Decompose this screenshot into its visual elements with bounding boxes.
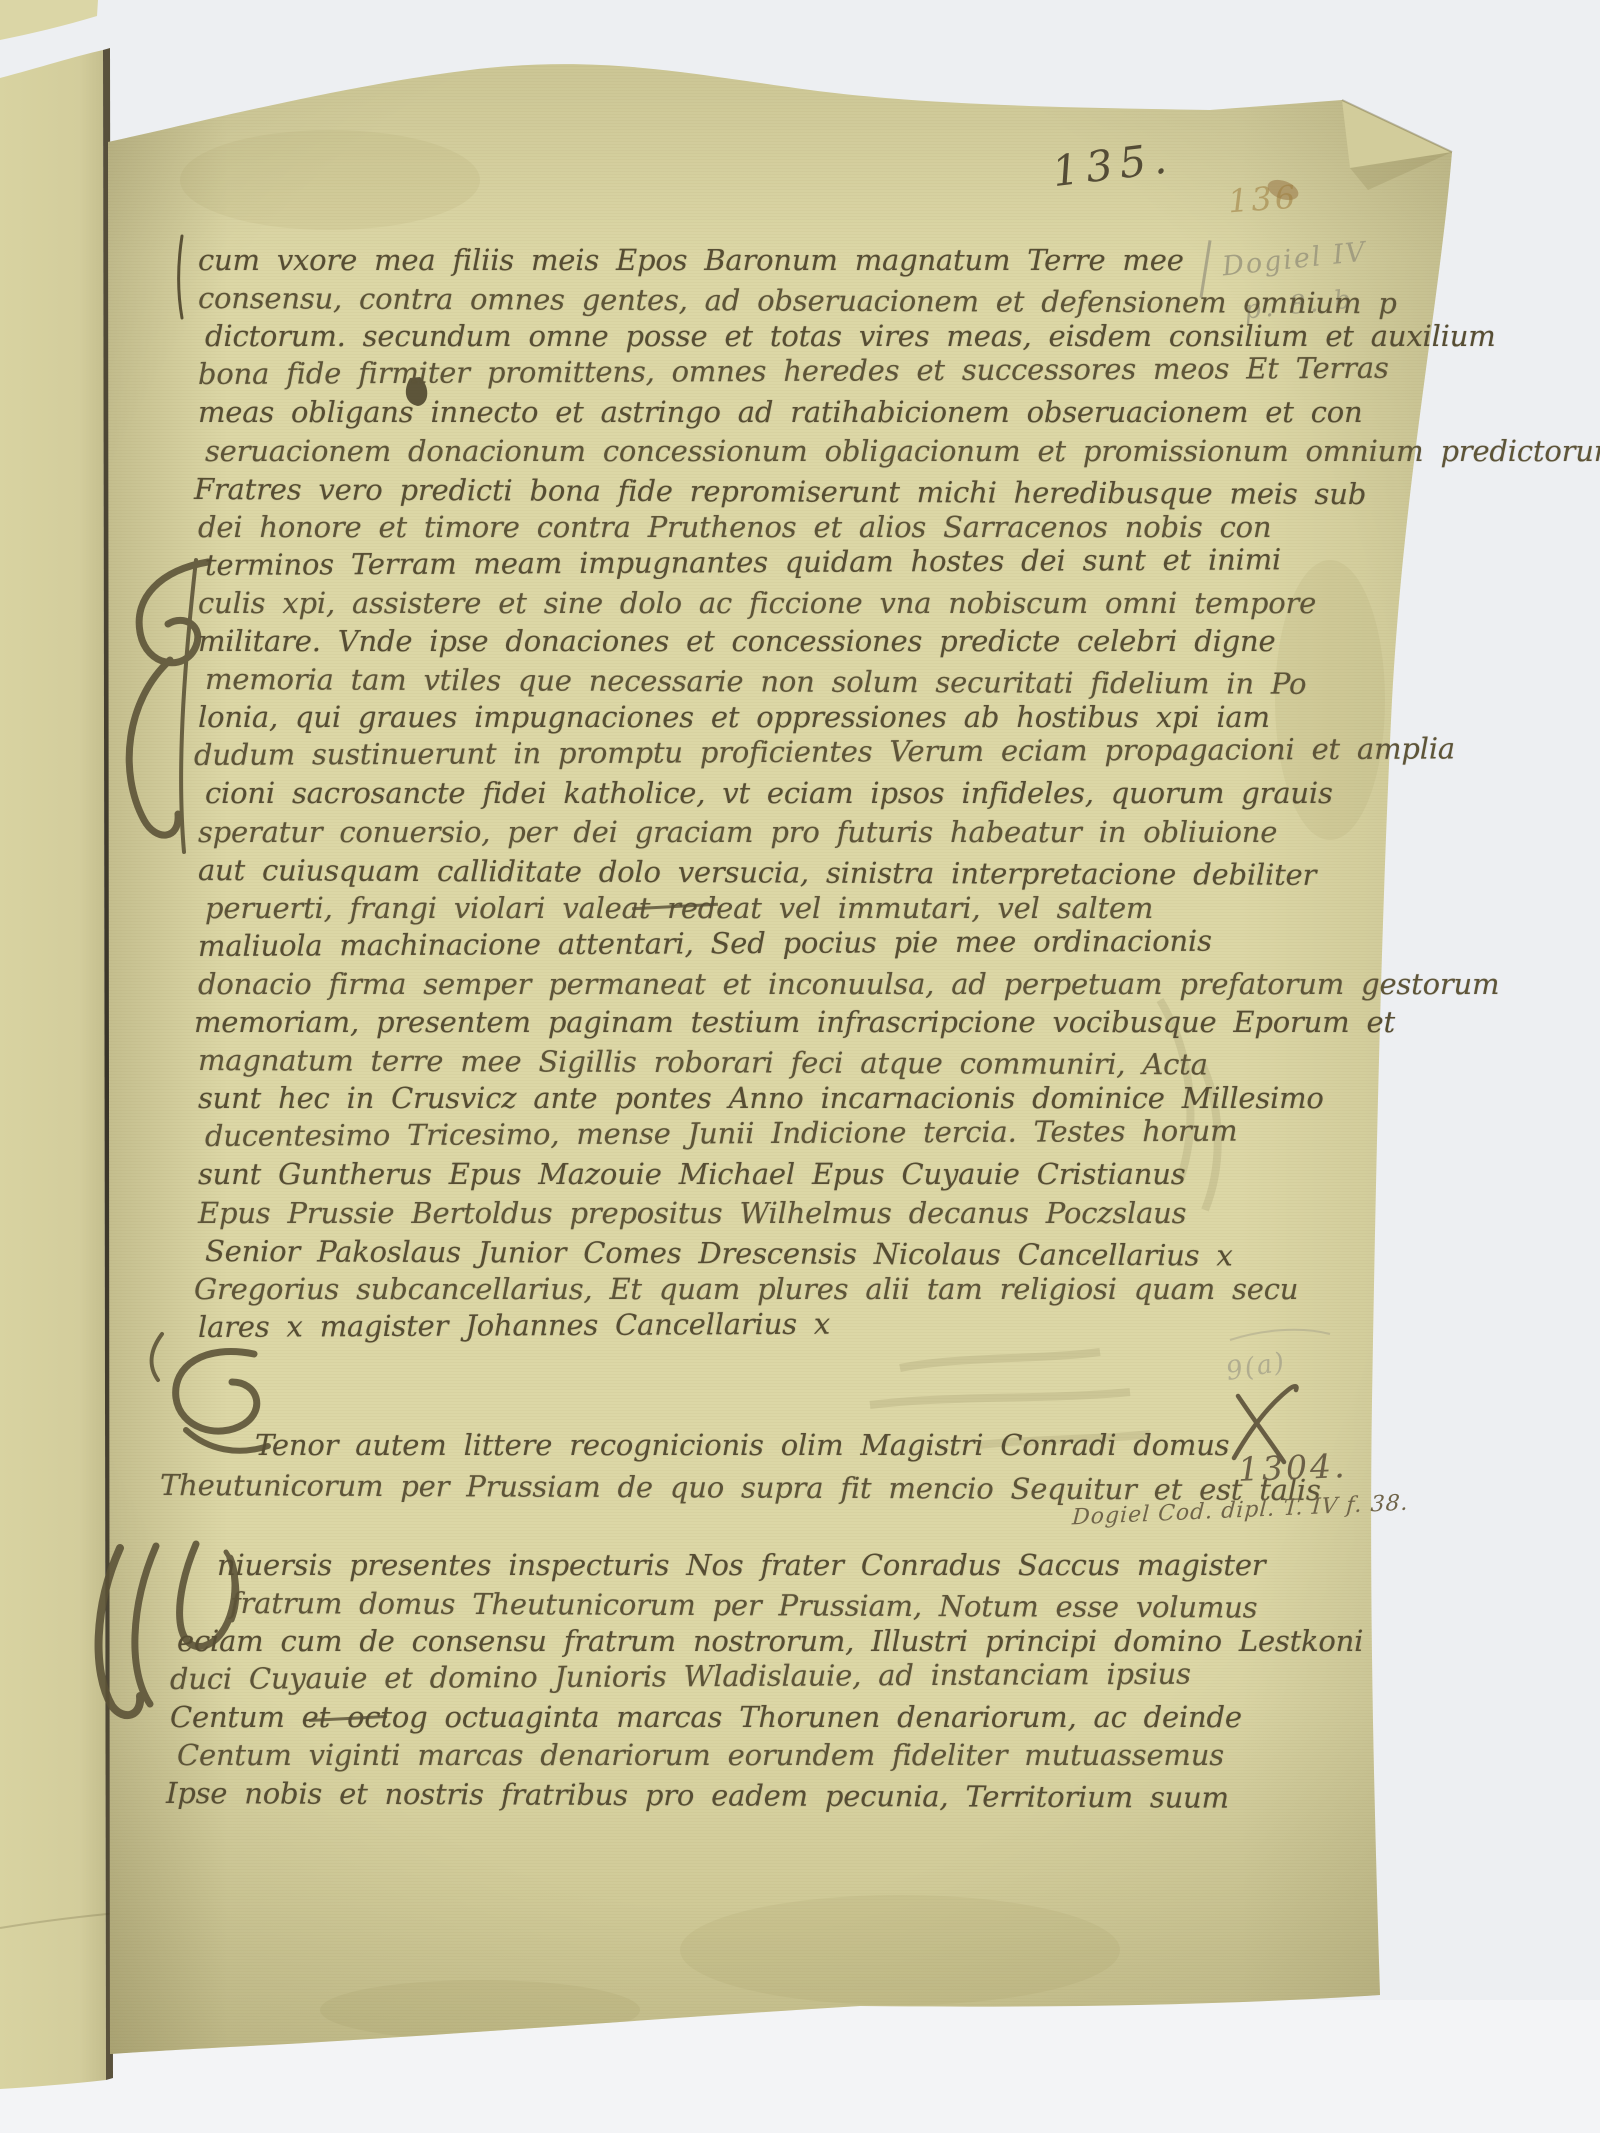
manuscript-line: seruacionem donacionum concessionum obli… <box>205 434 1600 468</box>
manuscript-line: Tenor autem littere recognicionis olim M… <box>255 1428 1229 1462</box>
manuscript-line: terminos Terram meam impugnantes quidam … <box>205 542 1281 582</box>
manuscript-line: dei honore et timore contra Pruthenos et… <box>198 510 1271 544</box>
manuscript-line: fratrum domus Theutunicorum per Prussiam… <box>230 1586 1258 1624</box>
manuscript-line: magnatum terre mee Sigillis roborari fec… <box>198 1043 1208 1081</box>
manuscript-line: cum vxore mea filiis meis Epos Baronum m… <box>198 243 1184 277</box>
manuscript-line: dudum sustinuerunt in promptu proficient… <box>194 732 1455 773</box>
manuscript-line: lonia, qui graues impugnaciones et oppre… <box>198 700 1270 734</box>
manuscript-line: lares x magister Johannes Cancellarius x <box>198 1306 830 1343</box>
manuscript-line: Ipse nobis et nostris fratribus pro eade… <box>166 1776 1229 1815</box>
manuscript-line: memoriam, presentem paginam testium infr… <box>194 1005 1395 1039</box>
manuscript-line: eciam cum de consensu fratrum nostrorum,… <box>177 1624 1363 1658</box>
manuscript-line: speratur conuersio, per dei graciam pro … <box>198 815 1277 849</box>
manuscript-line: dictorum. secundum omne posse et totas v… <box>205 319 1496 353</box>
manuscript-line: meas obligans innecto et astringo ad rat… <box>198 395 1362 429</box>
folio-number-pencil: 136 <box>1227 178 1300 221</box>
manuscript-line: duci Cuyauie et domino Junioris Wladisla… <box>170 1657 1191 1696</box>
manuscript-line: Gregorius subcancellarius, Et quam plure… <box>194 1272 1298 1306</box>
pencil-note-dogiel: Dogiel IV <box>1221 236 1369 282</box>
manuscript-line: militare. Vnde ipse donaciones et conces… <box>198 624 1275 658</box>
manuscript-line: aut cuiusquam calliditate dolo versucia,… <box>198 853 1316 892</box>
manuscript-line: bona fide firmiter promittens, omnes her… <box>198 351 1389 391</box>
manuscript-line: niuersis presentes inspecturis Nos frate… <box>217 1548 1265 1582</box>
manuscript-line: Senior Pakoslaus Junior Comes Drescensis… <box>205 1234 1233 1272</box>
manuscript-line: Epus Prussie Bertoldus prepositus Wilhel… <box>198 1196 1186 1230</box>
manuscript-line: maliuola machinacione attentari, Sed poc… <box>198 923 1212 962</box>
folio-number-ink: 135. <box>1049 133 1176 196</box>
page-content: 135. 136 Dogiel IV p. 8. b cum vxore mea… <box>0 0 1600 2133</box>
manuscript-line: memoria tam vtiles que necessarie non so… <box>205 662 1306 701</box>
manuscript-line: Fratres vero predicti bona fide repromis… <box>194 472 1366 511</box>
manuscript-line: culis xpi, assistere et sine dolo ac fic… <box>198 586 1316 620</box>
manuscript-line: Centum viginti marcas denariorum eorunde… <box>177 1738 1224 1772</box>
manuscript-line: sunt Guntherus Epus Mazouie Michael Epus… <box>198 1157 1185 1191</box>
pencil-margin-note: 9(a) <box>1224 1347 1289 1387</box>
year-annotation: 1304. <box>1237 1446 1348 1489</box>
manuscript-line: sunt hec in Crusvicz ante pontes Anno in… <box>198 1081 1324 1115</box>
manuscript-line: cioni sacrosancte fidei katholice, vt ec… <box>205 776 1333 810</box>
manuscript-line: ducentesimo Tricesimo, mense Junii Indic… <box>205 1114 1238 1153</box>
manuscript-scan: 135. 136 Dogiel IV p. 8. b cum vxore mea… <box>0 0 1600 2133</box>
manuscript-line: donacio firma semper permaneat et inconu… <box>198 967 1499 1001</box>
manuscript-line: consensu, contra omnes gentes, ad obseru… <box>198 281 1397 320</box>
